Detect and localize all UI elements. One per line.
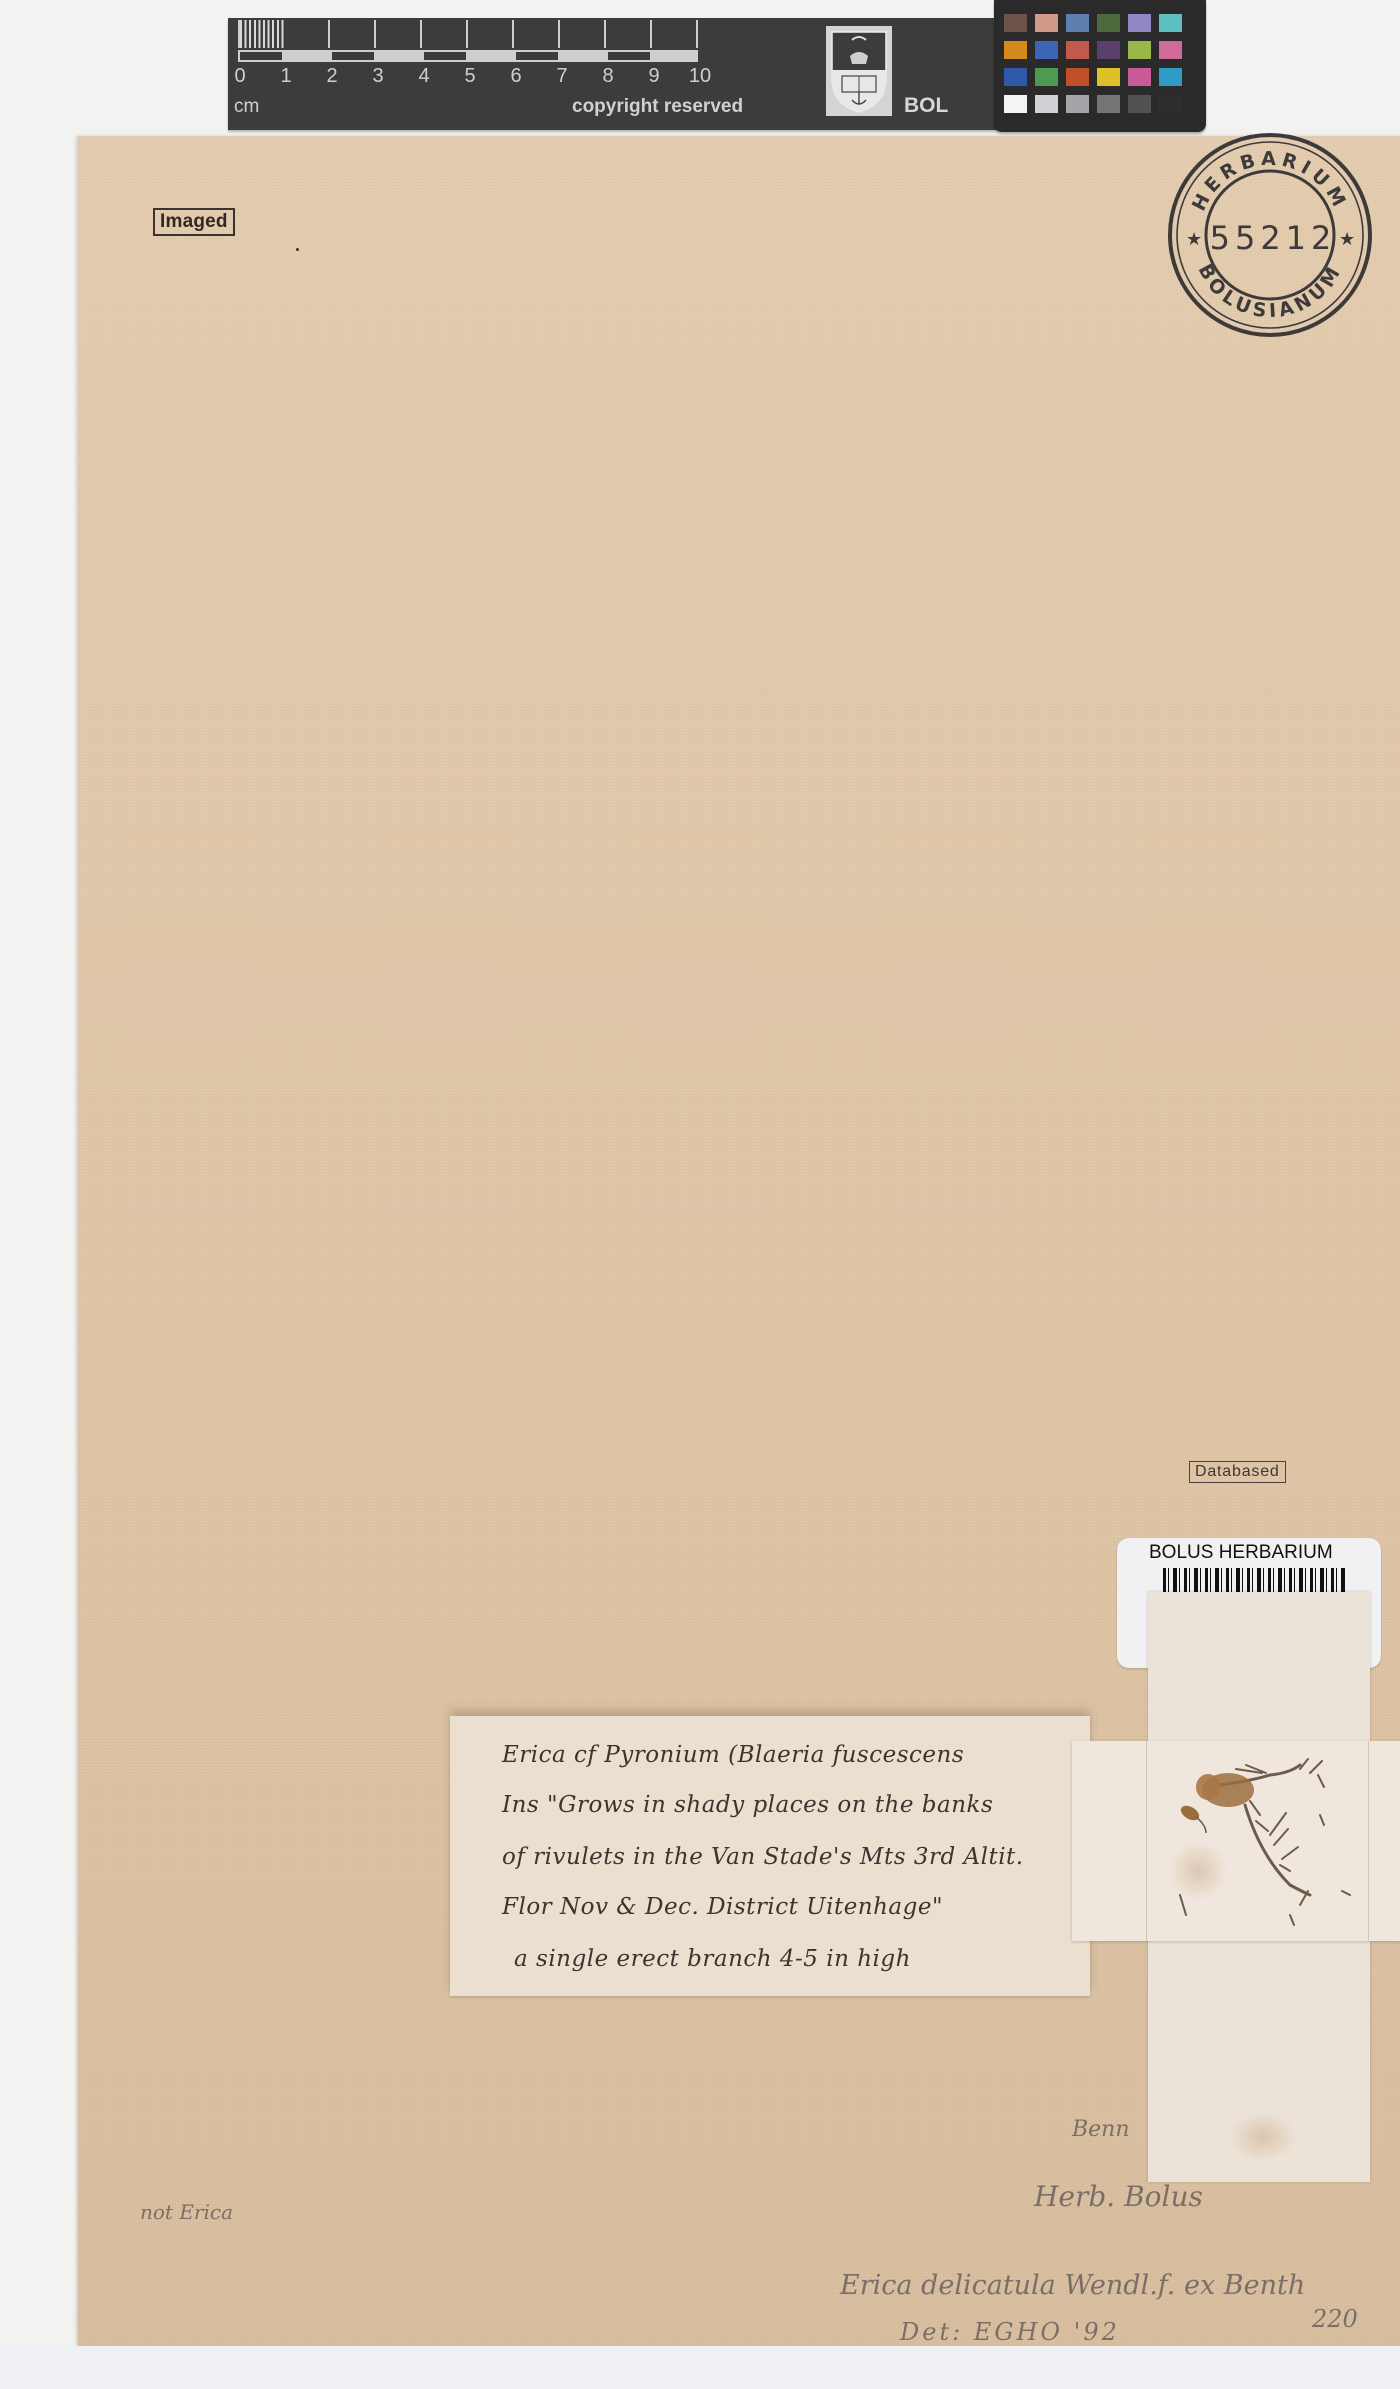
color-swatch [1159,68,1182,86]
color-swatch [1097,68,1120,86]
ruler-number: 0 [234,65,245,88]
handwritten-collection-label: Erica cf Pyronium (Blaeria fuscescens In… [450,1716,1090,1996]
svg-text:HERBARIUM: HERBARIUM [1188,148,1352,215]
color-swatch [1128,95,1151,113]
color-swatch [1004,41,1027,59]
stamp-number: 55212 [1210,219,1337,257]
color-swatch [1066,41,1089,59]
imaged-stamp: Imaged [153,208,235,236]
copyright-notice: copyright reserved [572,96,743,118]
dried-plant-specimen [1150,1745,1370,1945]
label-line: Erica cf Pyronium (Blaeria fuscescens [502,1742,964,1768]
color-swatch [1159,41,1182,59]
color-swatch [1097,95,1120,113]
label-line: Flor Nov & Dec. District Uitenhage" [502,1894,943,1920]
color-calibration-chart [994,0,1206,132]
ruler-number: 6 [510,65,521,88]
color-swatch [1066,95,1089,113]
stamp-top-text: HERBARIUM [1188,148,1352,215]
ruler-number: 3 [372,65,383,88]
color-swatch [1035,68,1058,86]
color-swatch [1159,14,1182,32]
ruler-number: 4 [418,65,429,88]
color-swatch [1097,14,1120,32]
ruler-scale-bars [238,20,699,64]
color-swatch [1066,14,1089,32]
color-swatch [1066,68,1089,86]
ruler-number: 5 [464,65,475,88]
determination-line: Det: EGHO '92 [900,2318,1120,2346]
determination-name: Erica delicatula Wendl.f. ex Benth [840,2270,1305,2301]
background-strip [0,2346,1400,2389]
barcode-title: BOLUS HERBARIUM [1149,1542,1333,1564]
color-swatch [1128,14,1151,32]
ruler-number: 1 [280,65,291,88]
institution-code: BOL [904,94,948,118]
color-swatch-grid [1004,14,1182,113]
label-line: Ins "Grows in shady places on the banks [502,1792,993,1818]
color-swatch [1035,14,1058,32]
color-swatch [1128,68,1151,86]
color-swatch [1035,41,1058,59]
herbarium-stamp: HERBARIUM BOLUSIANUM ★ ★ 55212 [1163,128,1377,342]
pencil-note-collector: Benn [1072,2117,1130,2142]
color-swatch [1035,95,1058,113]
scale-ruler: 0 1 2 3 4 5 6 7 8 9 10 cm copyright rese… [228,18,1000,130]
label-line: of rivulets in the Van Stade's Mts 3rd A… [502,1844,1024,1870]
ruler-unit: cm [234,96,259,118]
color-swatch [1128,41,1151,59]
university-crest-icon [826,26,892,116]
ruler-number: 10 [689,65,711,88]
pencil-note-herbarium: Herb. Bolus [1034,2180,1203,2213]
pencil-note-not-erica: not Erica [140,2200,233,2224]
sheet-number: 220 [1312,2305,1358,2333]
ruler-number: 7 [556,65,567,88]
databased-stamp: Databased [1189,1461,1286,1483]
millimeter-ticks [238,20,284,48]
color-swatch [1004,14,1027,32]
ink-dot [296,248,299,251]
color-swatch [1004,95,1027,113]
color-swatch [1159,95,1182,113]
svg-text:★: ★ [1339,229,1355,250]
color-swatch [1004,68,1027,86]
svg-text:★: ★ [1186,229,1202,250]
color-swatch [1097,41,1120,59]
label-line: a single erect branch 4-5 in high [514,1946,911,1972]
ruler-number: 9 [648,65,659,88]
svg-text:BOLUSIANUM: BOLUSIANUM [1194,260,1347,322]
ruler-number: 2 [326,65,337,88]
ruler-number: 8 [602,65,613,88]
stamp-bottom-text: BOLUSIANUM [1194,260,1347,322]
